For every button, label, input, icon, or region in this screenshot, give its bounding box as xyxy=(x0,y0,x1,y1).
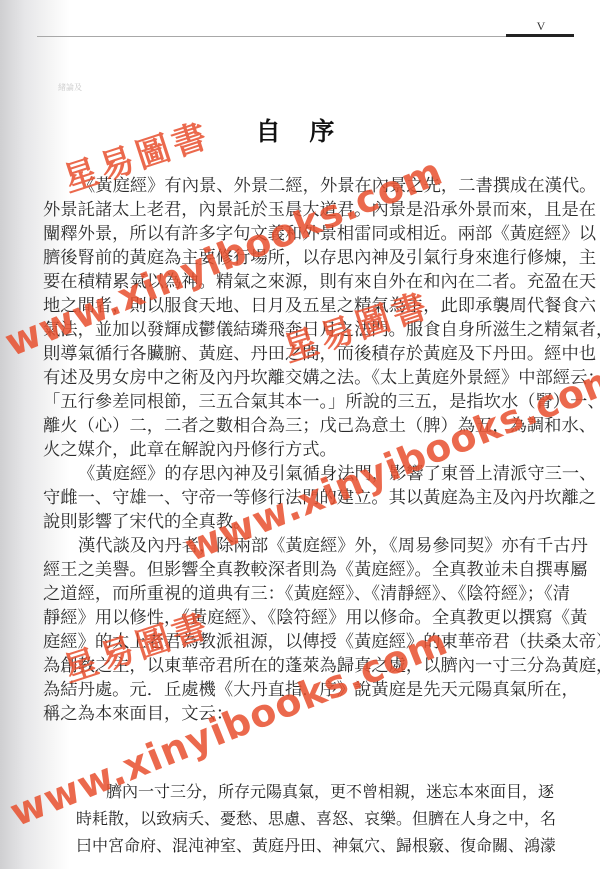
text-line: 為創教之主，以東華帝君所在的蓬萊為歸真之處，以臍內一寸三分為黃庭， xyxy=(43,654,569,678)
text-line: 有述及男女房中之術及內丹坎離交媾之法。《太上黃庭外景經》中部經云： xyxy=(43,366,569,390)
text-line: 地之間者，則以服食天地、日月及五星之精氣為主，此即承襲周代餐食六 xyxy=(43,294,569,318)
text-line: 臍後腎前的黃庭為主要修行場所，以存思內神及引氣行身來進行修煉，主 xyxy=(43,246,569,270)
quote-line: 臍內一寸三分，所存元陽真氣，更不曾相親，迷忘本來面目，逐 xyxy=(76,778,556,805)
text-line: 闡釋外景，所以有許多字句文義和外景相雷同或相近。兩部《黃庭經》以 xyxy=(43,222,569,246)
text-line: 外景託諸太上老君，內景託於玉晨大道君。內景是沿承外景而來，且是在 xyxy=(43,198,569,222)
text-line: 火之媒介，此章在解說內丹修行方式。 xyxy=(43,438,569,462)
text-line: 守雌一、守雄一、守帝一等修行法門的建立。其以黃庭為主及內丹坎離之 xyxy=(43,486,569,510)
page-number: V xyxy=(521,19,561,34)
text-line: 為結丹處。元．丘處機《大丹直指．序》說黃庭是先天元陽真氣所在， xyxy=(43,678,569,702)
text-line: 漢代談及內丹者，除兩部《黃庭經》外，《周易參同契》亦有千古丹 xyxy=(43,534,569,558)
text-line: 靜經》用以修性，《黃庭經》、《陰符經》用以修命。全真教更以撰寫《黃 xyxy=(43,606,569,630)
text-line: 離火（心）二，二者之數相合為三；戊己為意土（脾）為五，為調和水、 xyxy=(43,414,569,438)
paragraph-3: 漢代談及內丹者，除兩部《黃庭經》外，《周易參同契》亦有千古丹 經王之美譽。但影響… xyxy=(43,534,569,726)
text-line: 稱之為本來面目，文云： xyxy=(43,702,569,726)
text-line: 說則影響了宋代的全真教。 xyxy=(43,510,569,534)
block-quote: 臍內一寸三分，所存元陽真氣，更不曾相親，迷忘本來面目，逐 時耗散，以致病夭、憂愁… xyxy=(76,778,556,859)
header-accent-bar xyxy=(506,34,574,37)
text-line: 要在積精累氣以為神。精氣之來源，則有來自外在和內在二者。充盈在天 xyxy=(43,270,569,294)
header-rule xyxy=(37,36,507,37)
body-text: 《黃庭經》有內景、外景二經，外景在內景之先，二書撰成在漢代。 外景託諸太上老君，… xyxy=(43,174,569,726)
bleed-through-text: 緒論及 xyxy=(58,82,82,93)
text-line: 則導氣循行各臟腑、黃庭、丹田之間，而後積存於黃庭及下丹田。經中也 xyxy=(43,342,569,366)
text-line: 庭經》的太上老君為教派祖源，以傳授《黃庭經》的東華帝君（扶桑太帝） xyxy=(43,630,569,654)
text-line: 《黃庭經》的存思內神及引氣循身法門，影響了東晉上清派守三一、 xyxy=(43,462,569,486)
text-line: 之道經，而所重視的道典有三：《黃庭經》、《清靜經》、《陰符經》；《清 xyxy=(43,582,569,606)
text-line: 《黃庭經》有內景、外景二經，外景在內景之先，二書撰成在漢代。 xyxy=(43,174,569,198)
text-line: 氣法，並加以發輝成鬱儀結璘飛奔日月之法門。服食自身所滋生之精氣者， xyxy=(43,318,569,342)
text-line: 「五行參差同根節，三五合氣其本一。」所說的三五，是指坎水（腎）一、 xyxy=(43,390,569,414)
paragraph-1: 《黃庭經》有內景、外景二經，外景在內景之先，二書撰成在漢代。 外景託諸太上老君，… xyxy=(43,174,569,462)
quote-line: 時耗散，以致病夭、憂愁、思慮、喜怒、哀樂。但臍在人身之中，名 xyxy=(76,805,556,832)
quote-line: 曰中宮命府、混沌神室、黃庭丹田、神氣穴、歸根竅、復命關、鴻濛 xyxy=(76,832,556,859)
text-line: 經王之美譽。但影響全真教較深者則為《黃庭經》。全真教並未自撰專屬 xyxy=(43,558,569,582)
paragraph-2: 《黃庭經》的存思內神及引氣循身法門，影響了東晉上清派守三一、 守雌一、守雄一、守… xyxy=(43,462,569,534)
page-title: 自 序 xyxy=(0,112,600,148)
